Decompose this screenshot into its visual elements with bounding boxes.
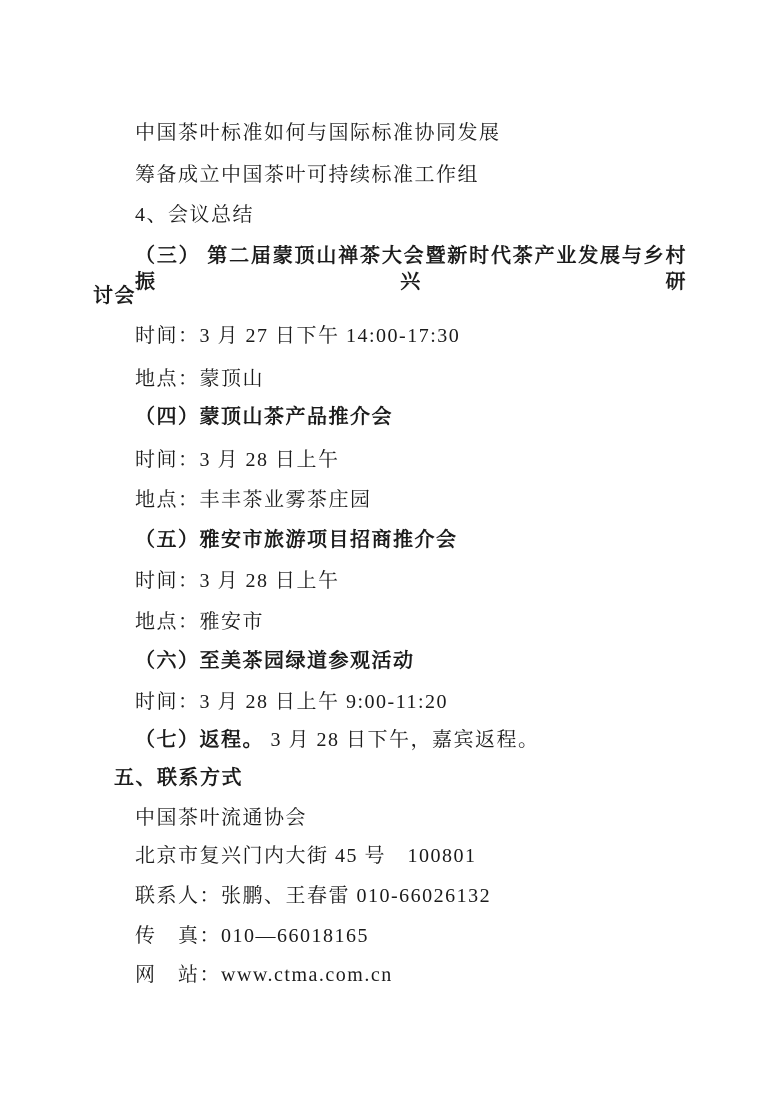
session-4-time: 时间：3 月 28 日上午 (135, 447, 340, 473)
topic-item-2: 筹备成立中国茶叶可持续标准工作组 (135, 162, 479, 188)
section-heading-3: （三） 第二届蒙顶山禅茶大会暨新时代茶产业发展与乡村振兴研 (135, 243, 687, 295)
session-4-location: 地点：丰丰茶业雾茶庄园 (135, 487, 372, 513)
section-heading-contact: 五、联系方式 (114, 765, 243, 791)
session-5-time: 时间：3 月 28 日上午 (135, 568, 340, 594)
session-3-time: 时间：3 月 27 日下午 14:00-17:30 (135, 323, 460, 349)
contact-address: 北京市复兴门内大街 45 号 100801 (135, 843, 477, 869)
section-heading-7-return: （七）返程。 3 月 28 日下午，嘉宾返程。 (135, 727, 540, 753)
contact-website: 网 站：www.ctma.com.cn (135, 962, 393, 988)
session-5-location: 地点：雅安市 (135, 609, 264, 635)
contact-person-phone: 联系人：张鹏、王春雷 010-66026132 (135, 883, 491, 909)
section-heading-3-wrap: 讨会 (93, 283, 136, 309)
section-heading-7-label: （七）返程。 (135, 729, 264, 751)
agenda-item-4-summary: 4、会议总结 (135, 202, 254, 228)
contact-organization: 中国茶叶流通协会 (135, 805, 307, 831)
contact-fax: 传 真：010—66018165 (135, 923, 369, 949)
section-heading-6: （六）至美茶园绿道参观活动 (135, 648, 415, 674)
section-heading-4: （四）蒙顶山茶产品推介会 (135, 404, 393, 430)
topic-item-1: 中国茶叶标准如何与国际标准协同发展 (135, 120, 501, 146)
session-3-location: 地点：蒙顶山 (135, 366, 264, 392)
section-heading-5: （五）雅安市旅游项目招商推介会 (135, 527, 458, 553)
session-6-time: 时间：3 月 28 日上午 9:00-11:20 (135, 689, 448, 715)
section-heading-7-detail: 3 月 28 日下午，嘉宾返程。 (264, 729, 540, 751)
document-page: 中国茶叶标准如何与国际标准协同发展 筹备成立中国茶叶可持续标准工作组 4、会议总… (0, 0, 780, 1102)
